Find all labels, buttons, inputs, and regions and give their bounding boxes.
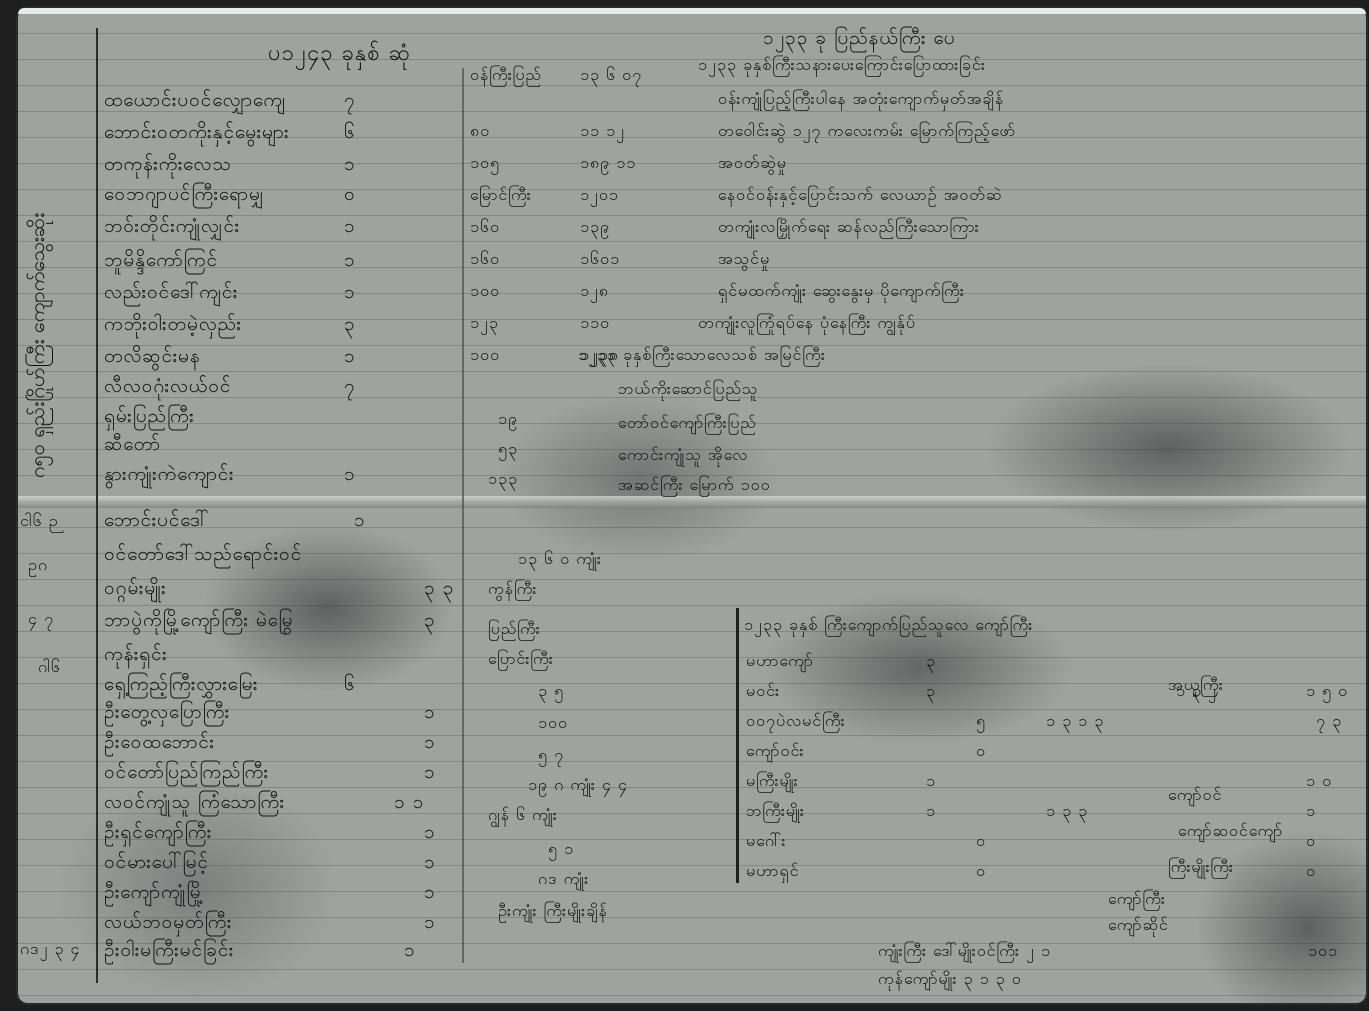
text-line: အသွင်မှု bbox=[718, 248, 770, 272]
list-item: ရှေ့ကြည့်ကြီးလွှားမြေး၆ bbox=[104, 672, 258, 700]
text-line: တကျုံးလူကြုံရပ်နေ ပုံနေကြီး ကျွန်ုပ် bbox=[698, 312, 916, 336]
ledger-entry: ၁၀၀ bbox=[538, 712, 568, 736]
ledger-entry: ၁၉ bbox=[498, 408, 518, 432]
text-line: တော်ဝင်ကျော်ကြီးပြည် bbox=[618, 412, 757, 436]
ledger-entry: ၁၃ ၆ ဝ ကျုံး bbox=[518, 548, 602, 572]
table-row: ဘကြီးမျိုး၁၁ ၃ ၃၁ bbox=[746, 800, 805, 824]
list-item: ဝင်တော်ဒေါ်သည်ရောင်းဝင် bbox=[104, 542, 302, 570]
list-item: ဆီတော် bbox=[104, 432, 161, 460]
ledger-entry: ဦးကျုံး ကြီးမျိုးချိန် bbox=[498, 900, 608, 924]
text-line: တဝေါင်းဆွဲ ၁၂၇ ကလေးကမ်း မြောက်ကြည့်ဖော် bbox=[718, 120, 1016, 144]
ledger-entry: ၁၀၀၁၂၃၈ bbox=[470, 344, 500, 368]
page-top-edge bbox=[18, 8, 1366, 14]
ledger-entry: ၁၆၀၁၆၀၁ bbox=[470, 248, 500, 272]
margin-note: ဥဂ bbox=[28, 554, 48, 578]
table-row: မဟာကျော်၃ bbox=[746, 650, 814, 674]
list-item: ဘောင်းပင်ဒေါ်၁ bbox=[104, 508, 209, 536]
text-line: ဝန်းကျုံပြည့်ကြီးပါနေ အတုံးကျောက်မှတ်အချ… bbox=[718, 88, 1004, 112]
ledger-entry: ၅၃ bbox=[498, 438, 518, 462]
margin-note: ဂါ၆ bbox=[38, 656, 61, 680]
column-rule bbox=[462, 68, 464, 963]
text-line: ၁၂၃၃ ခုနှစ်ကြီးသောလေသစ် အမြင်ကြီး bbox=[578, 344, 826, 368]
header-right: ၁၂၃၃ ခု ပြည်နယ်ကြီး ပေ bbox=[763, 26, 956, 54]
ledger-entry: ၃ ၅ bbox=[538, 680, 564, 704]
subtable-rule bbox=[736, 608, 739, 883]
list-item: လည်းဝင်ဒေါ်ကျင်း၁ bbox=[104, 280, 238, 308]
list-item: တကုန်းကိုးလေသ၁ bbox=[104, 152, 232, 180]
list-item: ဦးဝေထဘောင်း၁ bbox=[104, 730, 215, 758]
list-item: နွားကျုံးကဲကျောင်း၁ bbox=[104, 462, 234, 490]
ledger-entry: မြောင်ကြီး၁၂၀၁ bbox=[470, 184, 532, 208]
text-line: တကျုံးလမြှိုက်ရေး ဆန်လည်ကြီးသောကြား bbox=[718, 216, 980, 240]
list-item: ဦးကျော်ကျုံမြို့၁ bbox=[104, 880, 204, 908]
list-item: ဘူမိန္ဒိကော်ကြင်၁ bbox=[104, 248, 218, 276]
list-item: ကုန်းရှင်း bbox=[104, 642, 168, 670]
text-line: အဝတ်ဆွဲမှု bbox=[718, 152, 787, 176]
list-item: လီလ၀ဂုံးလယ်ဝင်၇ bbox=[104, 374, 231, 402]
ledger-entry: ဂဒ ကျုံး bbox=[538, 868, 589, 892]
margin-note: ငါ၆ ဉ bbox=[20, 510, 59, 534]
list-item: တလိဆွင်းမန၁ bbox=[104, 344, 201, 372]
table-row: မဂေါ်း၀၀ bbox=[746, 830, 786, 854]
table-row: မကြီးမျိုး၁၁ ၀ bbox=[746, 770, 799, 794]
text-line: ၁၂၃၃ ခုနှစ်ကြီးသနားပေးကြောင်းပြောထားခြင်… bbox=[698, 54, 986, 78]
list-item: ဝေဘဂျာပင်ကြီးရောမျှ၀ bbox=[104, 182, 265, 210]
ledger-entry: ၁၂၃၁၁၀ bbox=[470, 312, 499, 336]
list-item: ကဘိုးဝါးတမဲ့လှည်း၃ bbox=[104, 312, 242, 340]
side-note: အယူကြီး bbox=[1168, 674, 1224, 698]
ledger-entry: ၁၆၀၁၃၉ bbox=[470, 216, 500, 240]
footer-line: ကျုံးကြီး ဒေါ်မျိုးဝင်ကြီး ၂ ၁ bbox=[878, 940, 1051, 964]
list-item: ဦးဝါးမကြီးမင်ခြင်း၁ bbox=[104, 938, 234, 966]
list-item: ဘာပွဲကိုမြို့ကျော်ကြီး မဲမြွေ၃ bbox=[104, 608, 293, 636]
ledger-entry: ၁၀၅၁၈၉ ၁၁ bbox=[470, 152, 500, 176]
table-row: မဟာရှင်၀၀ bbox=[746, 860, 799, 884]
list-item: ဝင်မားပေါ်မြင့်၁ bbox=[104, 850, 209, 878]
text-line: အဆင်ကြီး မြောက် ၁၀၀ bbox=[618, 474, 771, 498]
side-note: ကြီးမျိုးကြီး bbox=[1168, 856, 1234, 880]
subtable-header: ၁၂၃၃ ခုနှစ် ကြီးကျောက်ပြည်သူလေ ကျော်ကြီး bbox=[744, 614, 1033, 638]
list-item: လဝင်ကျုံသူ ကြံသောကြီး၁ ၁ bbox=[104, 790, 285, 818]
manuscript-page: ဂ၅၀ ရှည်းဂြိုဟ်ကြီး ကျောက်သွေးဆိုး ပ၁၂၄၃… bbox=[18, 8, 1366, 1003]
table-row: ကျော်ဝင်း၀ bbox=[746, 740, 804, 764]
side-note: ကျော်ဆဝင်ကျော် bbox=[1178, 820, 1283, 844]
margin-note: ဂဒ၂ ၃ ၄ bbox=[20, 938, 81, 962]
margin-rule bbox=[96, 28, 98, 983]
list-item: ဘဝ်းတိုင်းကျုံလျှင်း၁ bbox=[104, 214, 240, 242]
ledger-entry: ၅ ၁ bbox=[548, 838, 574, 862]
ledger-entry: ပြည်ကြီး bbox=[488, 618, 541, 642]
list-item: ရှမ်းပြည်ကြီး bbox=[104, 404, 195, 432]
list-item: ဦးရှင်ကျော်ကြီး၁ bbox=[104, 820, 212, 848]
list-item: လယ်ဘဝမှတ်ကြီး၁ bbox=[104, 910, 232, 938]
list-item: ဝဂ္ဂမ်းမျိုး၃ ၃ bbox=[104, 576, 167, 604]
ledger-entry: ဂျွန် ၆ ကျုံး bbox=[488, 804, 558, 828]
margin-note: ၄ ၇ bbox=[28, 608, 54, 632]
table-row: ၀၀၇ပဲလမင်ကြီး၅၁ ၃ ၁ ၃၇ ၃ bbox=[746, 710, 846, 734]
ledger-entry: ၈၀၁၁ ၁၂ bbox=[470, 120, 490, 144]
list-item: ထယောင်းပဝင်လျှောကျေ၇ bbox=[104, 88, 286, 116]
text-line: နေဝင်ဝန်းနှင့်ပြောင်းသက် လေယာဉ် အဝတ်ဆဲ bbox=[718, 184, 1002, 208]
list-item: ဦးတွေ့လှပြောကြီး၁ bbox=[104, 700, 230, 728]
ledger-entry: ၅ ၇ bbox=[538, 744, 564, 768]
footer-line: ကုန်ကျော်မျိုး ၃ ၁ ၃ ၀ bbox=[878, 968, 1022, 992]
ledger-entry: ၁၀၀၁၂၈ bbox=[470, 280, 500, 304]
ledger-entry: ၁၃၃ bbox=[488, 468, 518, 492]
margin-vertical-text: ဂ၅၀ ရှည်းဂြိုဟ်ကြီး ကျောက်သွေးဆိုး bbox=[24, 213, 54, 478]
side-note: ကျော်ဝင် bbox=[1168, 784, 1222, 808]
ledger-entry: ကွန်ကြီး bbox=[488, 578, 537, 602]
ledger-entry: ၁၉ ဂ ကျုံး ၄ ၄ bbox=[528, 774, 628, 798]
ledger-entry: ဝန်ကြီးပြည်၁၃ ၆ ၀၇ bbox=[470, 64, 542, 88]
page-title: ပ၁၂၄၃ ခုနှစ် ဆုံ bbox=[268, 38, 411, 71]
side-note: ကျော်ကြီး bbox=[1108, 888, 1166, 912]
footer-line: ၁၀၁ bbox=[1308, 940, 1338, 964]
text-line: ရှင်မထက်ကျုံး ဆွေးနွေးမှ ပိုကျောက်ကြီး bbox=[718, 280, 965, 304]
table-row: မဝင်း၃၁ ၃ ၂၁ ၅ ၀ bbox=[746, 680, 780, 704]
side-note: ကျော်ဆိုင် bbox=[1108, 914, 1169, 938]
list-item: ဘောင်းဝတကိုးနှင့်မွေးများ၆ bbox=[104, 120, 289, 148]
ledger-entry: ပြောင်းကြီး bbox=[488, 648, 554, 672]
text-line: ဘယ်ကိုးဆောင်ပြည်သူ bbox=[618, 378, 758, 402]
list-item: ဝင်တော်ပြည်ကြည်ကြီး၁ bbox=[104, 760, 269, 788]
text-line: ကောင်းကျုံသူ အိုလေ bbox=[618, 444, 748, 468]
